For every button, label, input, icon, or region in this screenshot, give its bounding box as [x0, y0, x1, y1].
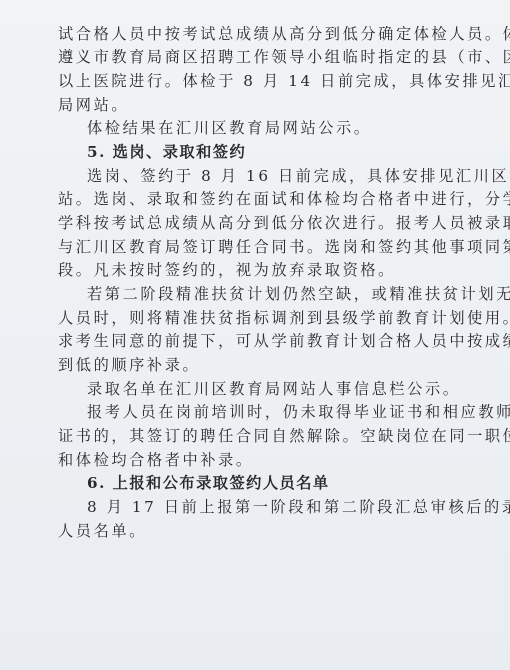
body-text-line: 学科按考试总成绩从高分到低分依次进行。报考人员被录取后须 — [58, 213, 462, 233]
section-heading-5: 5. 选岗、录取和签约 — [87, 142, 462, 162]
body-text-line: 报考人员在岗前培训时，仍未取得毕业证书和相应教师资格 — [87, 402, 462, 422]
body-text-line: 证书的，其签订的聘任合同自然解除。空缺岗位在同一职位面试 — [58, 426, 462, 446]
body-text-line: 若第二阶段精准扶贫计划仍然空缺，或精准扶贫计划无补录 — [87, 284, 462, 304]
body-text-line: 人员名单。 — [58, 521, 462, 541]
body-text-line: 遵义市教育局商区招聘工作领导小组临时指定的县（市、区）级 — [58, 47, 462, 67]
body-text-line: 选岗、签约于 8 月 16 日前完成，具体安排见汇川区教育局网 — [87, 166, 462, 186]
section-heading-6: 6. 上报和公布录取签约人员名单 — [87, 473, 462, 493]
spacer — [87, 499, 462, 519]
body-text-line: 录取名单在汇川区教育局网站人事信息栏公示。 — [87, 379, 462, 399]
body-text-line: 站。选岗、录取和签约在面试和体检均合格者中进行，分学段、 — [58, 189, 462, 209]
body-text-line: 体检结果在汇川区教育局网站公示。 — [87, 118, 462, 138]
body-text-line: 以上医院进行。体检于 8 月 14 日前完成，具体安排见汇川区教育 — [58, 71, 462, 91]
body-text-line: 试合格人员中按考试总成绩从高分到低分确定体检人员。体检在 — [58, 24, 462, 44]
body-text-line: 求考生同意的前提下，可从学前教育计划合格人员中按成绩从高 — [58, 331, 462, 351]
body-text-line: 人员时，则将精准扶贫指标调剂到县级学前教育计划使用。在征 — [58, 308, 462, 328]
body-text-line: 到低的顺序补录。 — [58, 355, 462, 375]
body-text-line: 局网站。 — [58, 95, 462, 115]
body-text-line: 与汇川区教育局签订聘任合同书。选岗和签约其他事项同第一阶 — [58, 237, 462, 257]
document-page: 试合格人员中按考试总成绩从高分到低分确定体检人员。体检在 遵义市教育局商区招聘工… — [0, 0, 510, 670]
body-text-line: 段。凡未按时签约的，视为放弃录取资格。 — [58, 260, 462, 280]
body-text-line: 和体检均合格者中补录。 — [58, 450, 462, 470]
